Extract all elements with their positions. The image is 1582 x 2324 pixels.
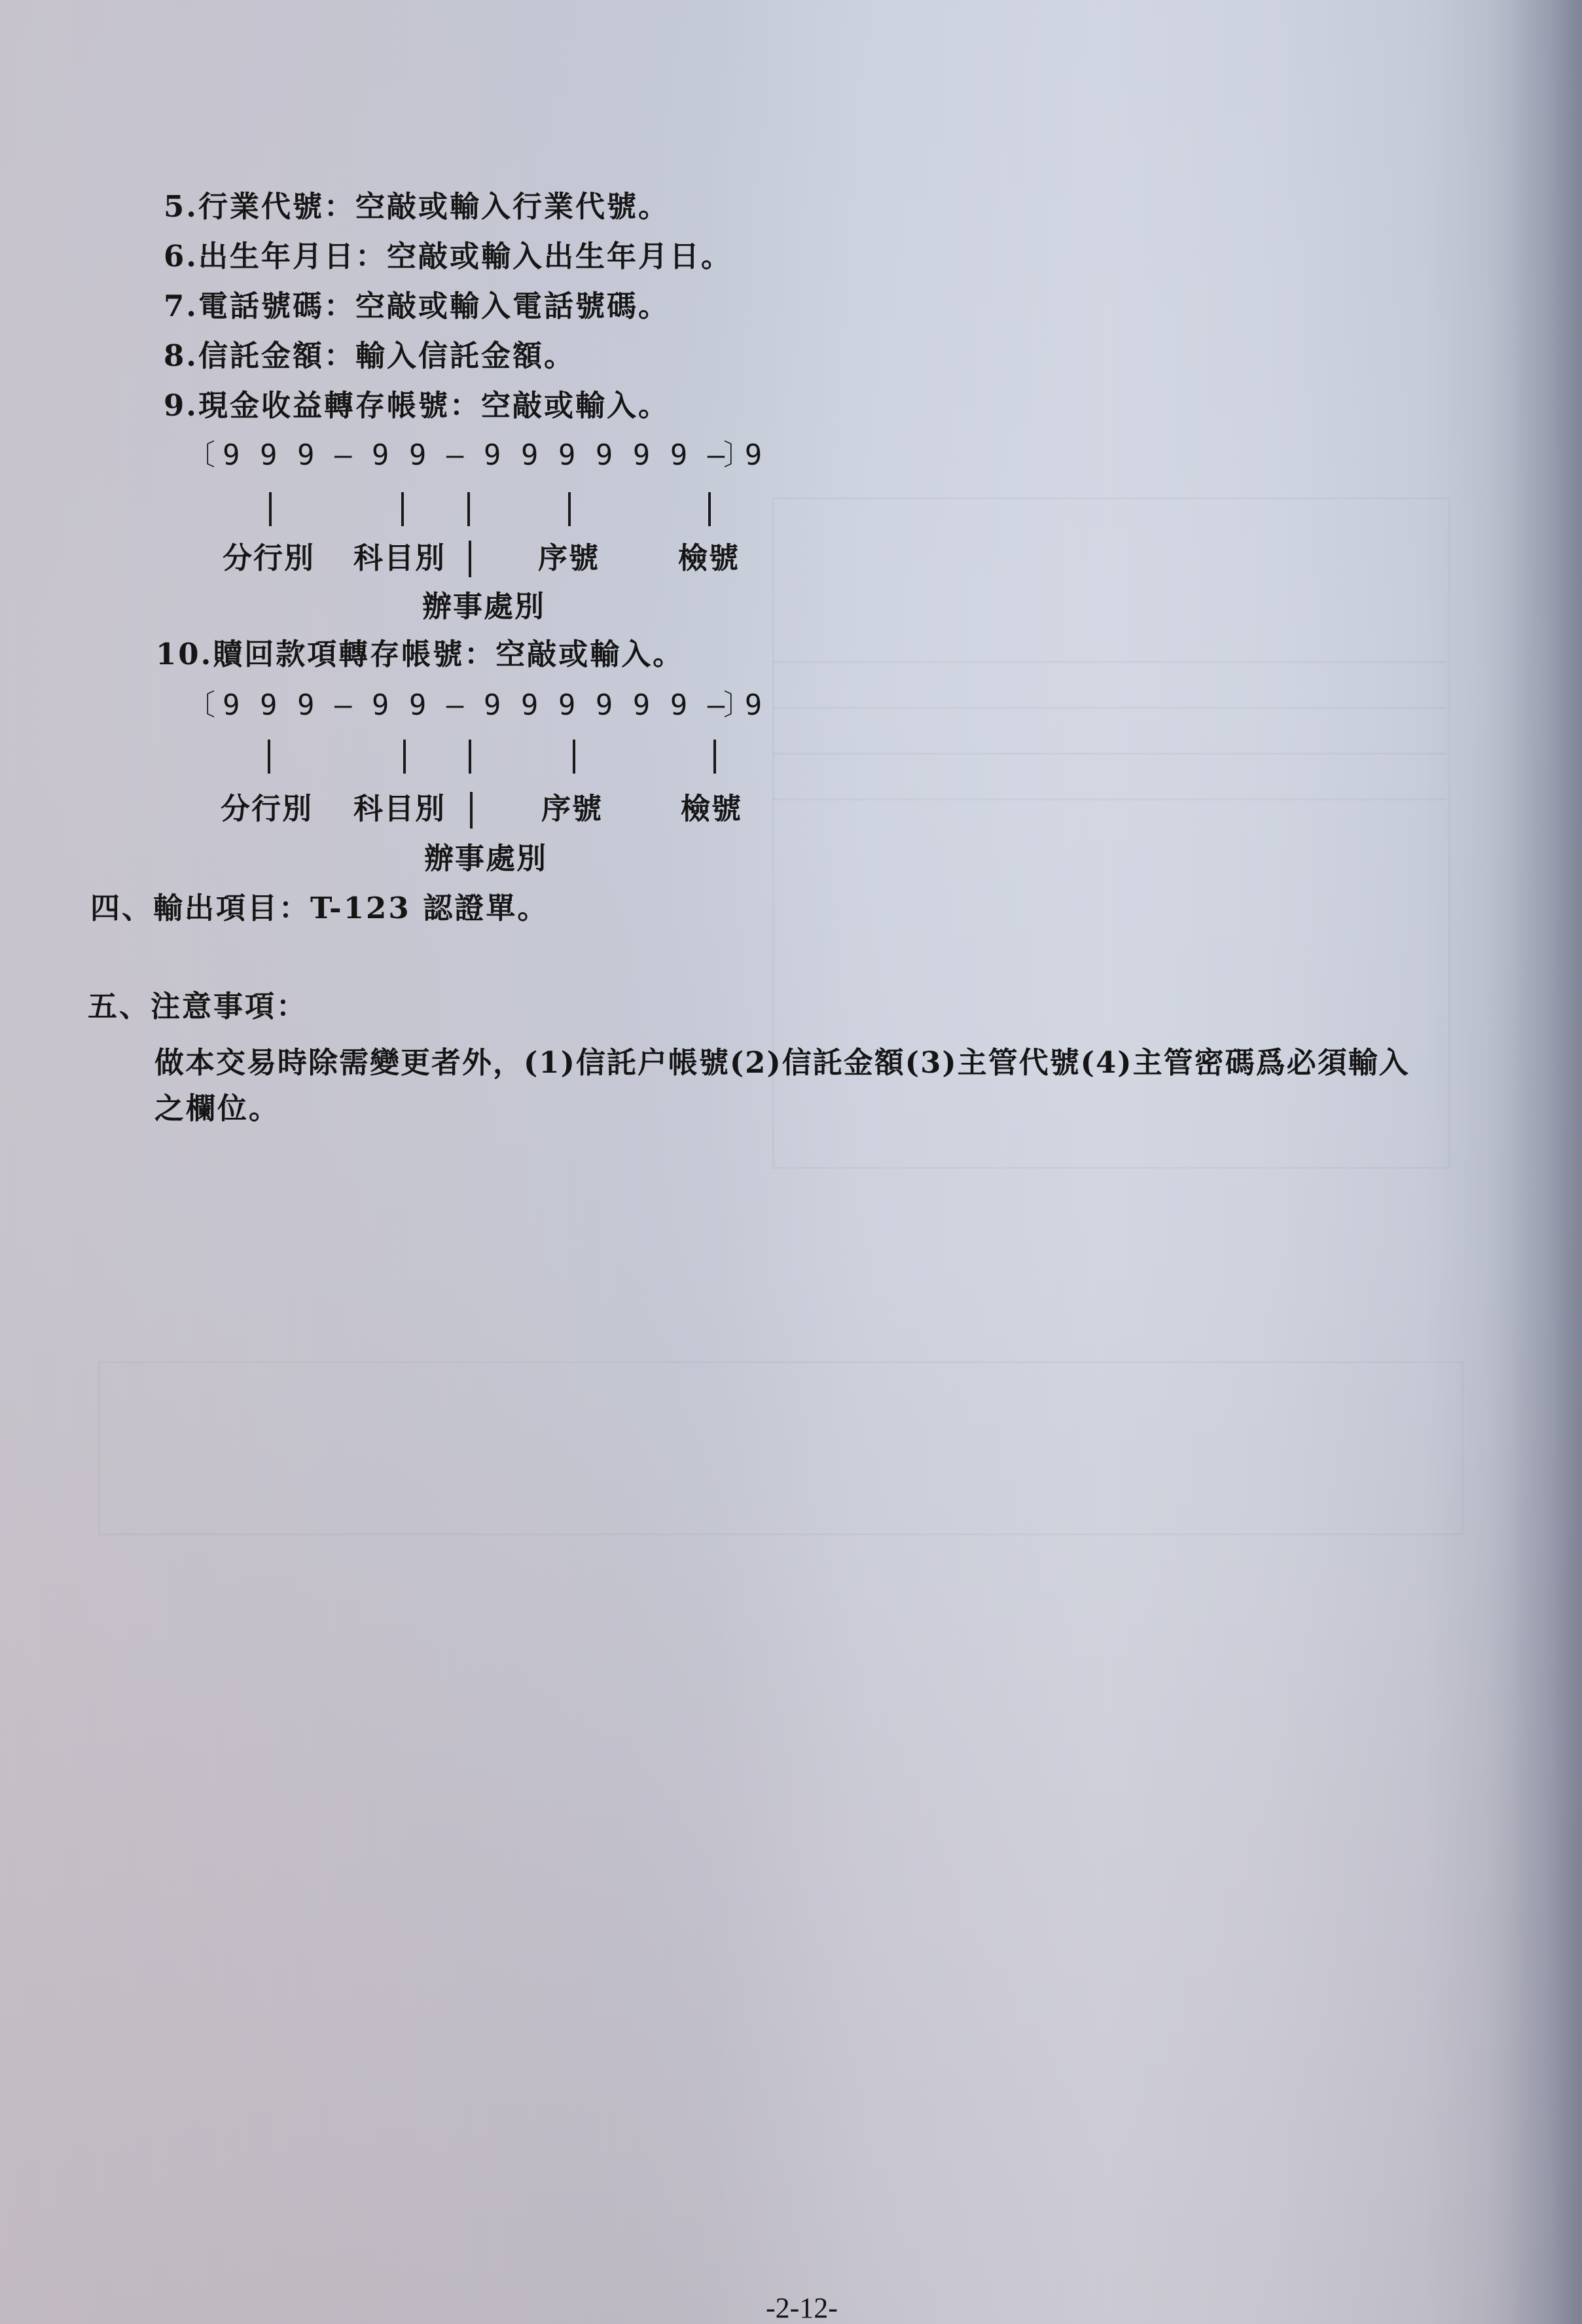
- tick-branch: [269, 492, 272, 526]
- item-5-industry-code: 5.行業代號：空敲或輸入行業代號。: [164, 187, 670, 226]
- format-open-bracket: 〔: [187, 436, 215, 475]
- label-subject: 科目別: [353, 539, 446, 578]
- page-edge-shadow: [1510, 0, 1582, 2324]
- item-9-cash-income-account: 9.現金收益轉存帳號：空敲或輸入。: [164, 386, 670, 425]
- format-close-bracket: 〕: [723, 436, 752, 475]
- section-5-body-line-2: 之欄位。: [154, 1089, 280, 1128]
- bleed-through-line: [772, 707, 1447, 709]
- tick-serial: [568, 492, 571, 526]
- bleed-through-line: [772, 798, 1447, 800]
- section-4-output-items: 四、輸出項目：T-123 認證單。: [90, 889, 548, 928]
- item-6-birth-date: 6.出生年月日：空敲或輸入出生年月日。: [164, 237, 732, 276]
- label-office: 辦事處別: [422, 587, 545, 626]
- bleed-through-line: [772, 661, 1447, 663]
- tick-serial: [573, 740, 575, 774]
- bleed-through-table-bottom: [98, 1361, 1464, 1535]
- tick-check: [713, 740, 716, 774]
- label-office: 辦事處別: [424, 839, 547, 878]
- item-7-phone-number: 7.電話號碼：空敲或輸入電話號碼。: [164, 287, 670, 326]
- label-check: 檢號: [681, 789, 742, 829]
- tick-subject: [403, 740, 406, 774]
- format-pattern: 9 9 9 — 9 9 — 9 9 9 9 9 9 — 9: [223, 436, 763, 475]
- format-open-bracket: 〔: [187, 686, 215, 725]
- tick-office-lower: [469, 541, 471, 577]
- page-number: -2-12-: [766, 2292, 838, 2324]
- section-5-heading: 五、注意事項：: [88, 987, 308, 1026]
- format-pattern: 9 9 9 — 9 9 — 9 9 9 9 9 9 — 9: [223, 686, 763, 725]
- label-check: 檢號: [678, 539, 740, 578]
- label-serial: 序號: [538, 539, 600, 578]
- label-serial: 序號: [541, 789, 603, 829]
- tick-office: [467, 492, 470, 526]
- item-10-redemption-account: 10.贖回款項轉存帳號：空敲或輸入。: [156, 635, 684, 674]
- label-branch: 分行別: [223, 539, 315, 578]
- tick-office: [469, 740, 471, 774]
- format-close-bracket: 〕: [723, 686, 752, 725]
- label-branch: 分行別: [221, 789, 313, 829]
- section-5-body-line-1: 做本交易時除需變更者外，(1)信託户帳號(2)信託金額(3)主管代號(4)主管密…: [154, 1043, 1410, 1082]
- tick-check: [708, 492, 711, 526]
- tick-office-lower: [470, 792, 473, 829]
- bleed-through-line: [772, 753, 1447, 755]
- tick-subject: [401, 492, 404, 526]
- label-subject: 科目別: [353, 789, 446, 829]
- item-8-trust-amount: 8.信託金額：輸入信託金額。: [164, 336, 575, 376]
- tick-branch: [268, 740, 270, 774]
